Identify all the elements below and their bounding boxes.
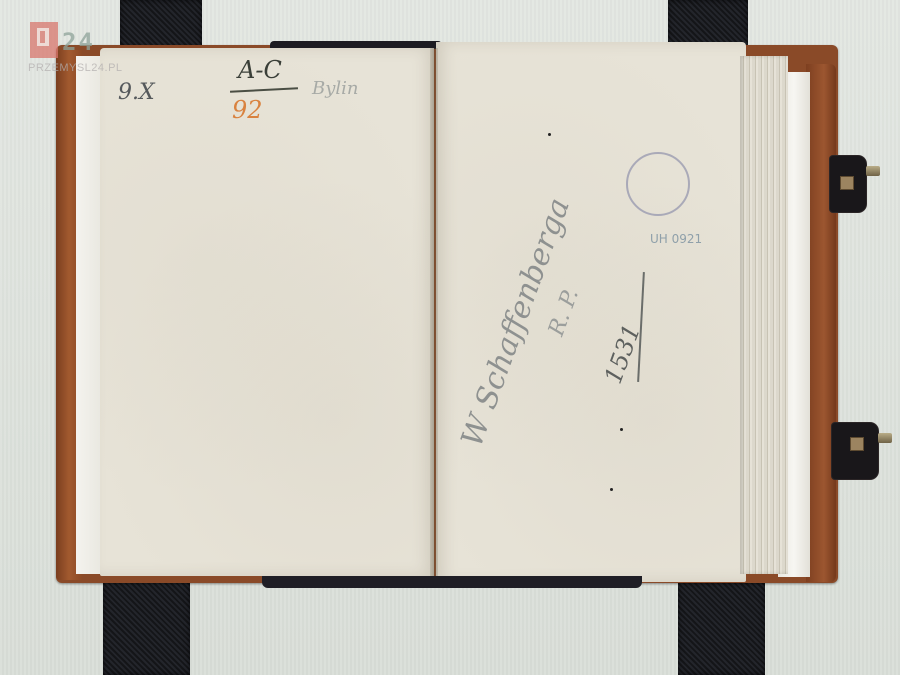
clasp-pin [878, 433, 892, 443]
ink-spot [620, 428, 623, 431]
ink-spot [548, 133, 551, 136]
annotation-name: Bylin [312, 78, 359, 99]
annotation-number: 92 [232, 96, 263, 124]
ink-spot [610, 488, 613, 491]
clasp-plate [850, 437, 864, 451]
upper-clasp-icon [830, 156, 866, 212]
watermark-text: PRZEMYSL24.PL [28, 62, 123, 74]
library-stamp-icon [626, 152, 690, 216]
annotation-letters: A-C [238, 56, 282, 84]
right-page [436, 42, 746, 582]
lower-clasp-icon [832, 423, 878, 479]
spine-bottom [262, 576, 642, 588]
clasp-pin [866, 166, 880, 176]
book-gutter [430, 48, 438, 578]
strap-bottom-right [678, 580, 765, 675]
cover-right-edge [806, 64, 836, 582]
clasp-plate [840, 176, 854, 190]
stamp-text: UH 0921 [650, 232, 702, 246]
strap-bottom-left [103, 578, 190, 675]
site-watermark: 24 PRZEMYSL24.PL [28, 22, 118, 80]
page-fore-edge [740, 56, 788, 574]
watermark-logo-icon [30, 22, 58, 58]
left-page [100, 48, 434, 576]
shelf-mark: 9.X [118, 80, 155, 105]
watermark-digits: 24 [62, 28, 95, 56]
